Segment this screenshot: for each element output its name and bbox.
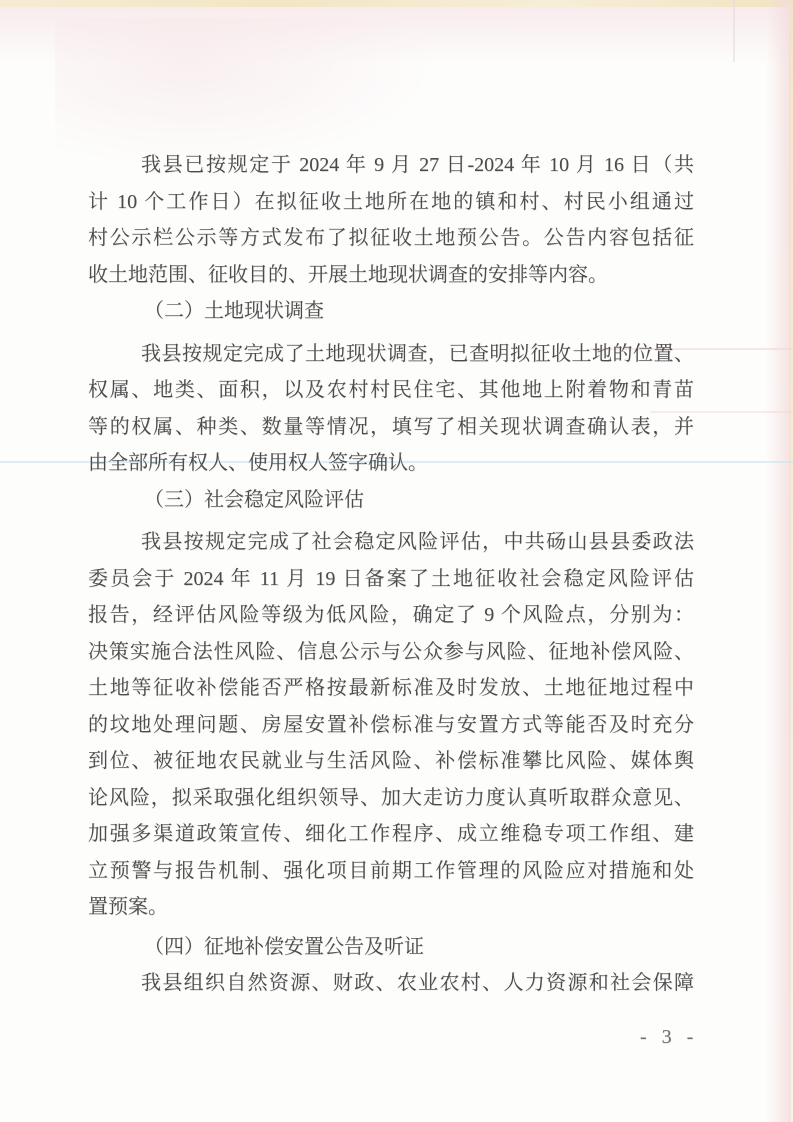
paragraph-line: 村公示栏公示等方式发布了拟征收土地预公告。公告内容包括征 bbox=[88, 220, 694, 257]
paragraph-line: 我县组织自然资源、财政、农业农村、人力资源和社会保障 bbox=[88, 965, 694, 1002]
scan-artifact-right-edge bbox=[789, 0, 793, 1122]
paragraph-line: 立预警与报告机制、强化项目前期工作管理的风险应对措施和处 bbox=[88, 853, 694, 890]
section-heading: （二）土地现状调查 bbox=[88, 293, 694, 330]
paragraph-line: 等的权属、种类、数量等情况，填写了相关现状调查确认表，并 bbox=[88, 409, 694, 446]
paragraph-line: 我县已按规定于 2024 年 9 月 27 日-2024 年 10 月 16 日… bbox=[88, 147, 694, 184]
page-number: - 3 - bbox=[640, 1024, 698, 1050]
paragraph-line: 到位、被征地农民就业与生活风险、补偿标准攀比风险、媒体舆 bbox=[88, 743, 694, 780]
scan-artifact-pink-patch bbox=[55, 18, 435, 168]
paragraph-line: 论风险，拟采取强化组织领导、加大走访力度认真听取群众意见、 bbox=[88, 780, 694, 817]
document-page: 我县已按规定于 2024 年 9 月 27 日-2024 年 10 月 16 日… bbox=[0, 0, 793, 1122]
paragraph-line: 我县按规定完成了社会稳定风险评估，中共砀山县县委政法 bbox=[88, 524, 694, 561]
scan-artifact-right-band bbox=[766, 0, 791, 1122]
section-heading: （三）社会稳定风险评估 bbox=[88, 482, 694, 519]
paragraph-line: 计 10 个工作日）在拟征收土地所在地的镇和村、村民小组通过 bbox=[88, 184, 694, 221]
paragraph-line: 收土地范围、征收目的、开展土地现状调查的安排等内容。 bbox=[88, 257, 694, 294]
paragraph-line: 报告，经评估风险等级为低风险，确定了 9 个风险点，分别为： bbox=[88, 597, 694, 634]
paragraph-line: 委员会于 2024 年 11 月 19 日备案了土地征收社会稳定风险评估 bbox=[88, 561, 694, 598]
paragraph-line: 土地等征收补偿能否严格按最新标准及时发放、土地征地过程中 bbox=[88, 670, 694, 707]
scan-artifact-top-edge bbox=[0, 0, 793, 7]
paragraph-line: 我县按规定完成了土地现状调查，已查明拟征收土地的位置、 bbox=[88, 336, 694, 373]
paragraph-line: 由全部所有权人、使用权人签字确认。 bbox=[88, 445, 694, 482]
paragraph-line: 权属、地类、面积，以及农村村民住宅、其他地上附着物和青苗 bbox=[88, 372, 694, 409]
document-body: 我县已按规定于 2024 年 9 月 27 日-2024 年 10 月 16 日… bbox=[88, 147, 694, 1002]
paragraph-line: 置预案。 bbox=[88, 889, 694, 926]
section-heading: （四）征地补偿安置公告及听证 bbox=[88, 929, 694, 966]
paragraph-line: 决策实施合法性风险、信息公示与公众参与风险、征地补偿风险、 bbox=[88, 634, 694, 671]
scan-artifact-crease bbox=[733, 0, 735, 62]
paragraph-line: 的坟地处理问题、房屋安置补偿标准与安置方式等能否及时充分 bbox=[88, 707, 694, 744]
paragraph-line: 加强多渠道政策宣传、细化工作程序、成立维稳专项工作组、建 bbox=[88, 816, 694, 853]
